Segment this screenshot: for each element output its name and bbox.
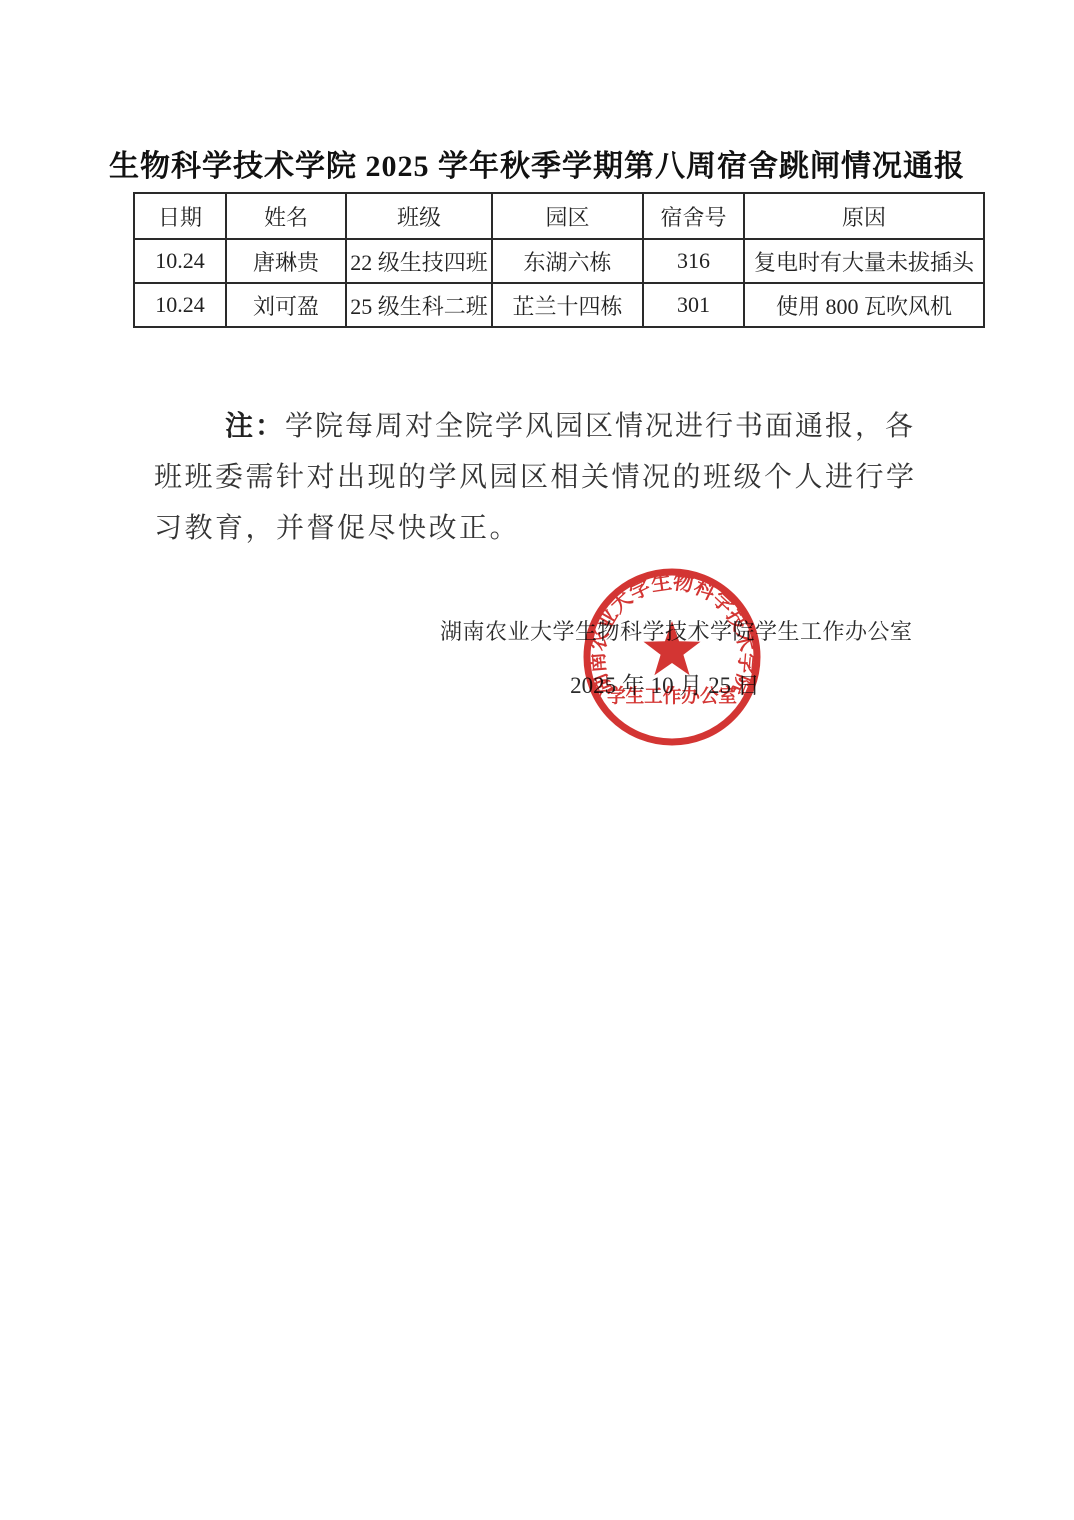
col-header-area: 园区 [492,193,643,239]
document-page: 生物科学技术学院 2025 学年秋季学期第八周宿舍跳闸情况通报 日期 姓名 班级… [0,0,1074,1520]
signature-office: 湖南农业大学生物科学技术学院学生工作办公室 [440,615,913,646]
table-row: 10.24 唐琳贵 22 级生技四班 东湖六栋 316 复电时有大量未拔插头 [134,239,984,283]
note-label: 注： [225,411,285,442]
note-line-1: 注：学院每周对全院学风园区情况进行书面通报，各 [225,404,915,444]
cell-room: 301 [643,283,744,327]
cell-date: 10.24 [134,283,226,327]
cell-room: 316 [643,239,744,283]
note-line-1-text: 学院每周对全院学风园区情况进行书面通报，各 [285,411,915,442]
document-title: 生物科学技术学院 2025 学年秋季学期第八周宿舍跳闸情况通报 [0,141,1074,185]
stamp-ring [587,572,757,742]
col-header-date: 日期 [134,193,226,239]
signature-date: 2025 年 10 月 25 日 [560,667,770,700]
note-line-2: 班班委需针对出现的学风园区相关情况的班级个人进行学 [154,455,917,495]
col-header-name: 姓名 [226,193,346,239]
cell-class: 25 级生科二班 [346,283,492,327]
cell-reason: 使用 800 瓦吹风机 [744,283,984,327]
note-line-3: 习教育，并督促尽快改正。 [154,506,520,546]
col-header-room: 宿舍号 [643,193,744,239]
cell-area: 东湖六栋 [492,239,643,283]
col-header-class: 班级 [346,193,492,239]
cell-class: 22 级生技四班 [346,239,492,283]
cell-area: 芷兰十四栋 [492,283,643,327]
cell-reason: 复电时有大量未拔插头 [744,239,984,283]
cell-name: 唐琳贵 [226,239,346,283]
cell-name: 刘可盈 [226,283,346,327]
official-seal-stamp: 湖南农业大学生物科学技术学院 学生工作办公室 [562,547,782,767]
table-header-row: 日期 姓名 班级 园区 宿舍号 原因 [134,193,984,239]
table-row: 10.24 刘可盈 25 级生科二班 芷兰十四栋 301 使用 800 瓦吹风机 [134,283,984,327]
cell-date: 10.24 [134,239,226,283]
incident-table: 日期 姓名 班级 园区 宿舍号 原因 10.24 唐琳贵 22 级生技四班 东湖… [133,192,985,328]
col-header-reason: 原因 [744,193,984,239]
